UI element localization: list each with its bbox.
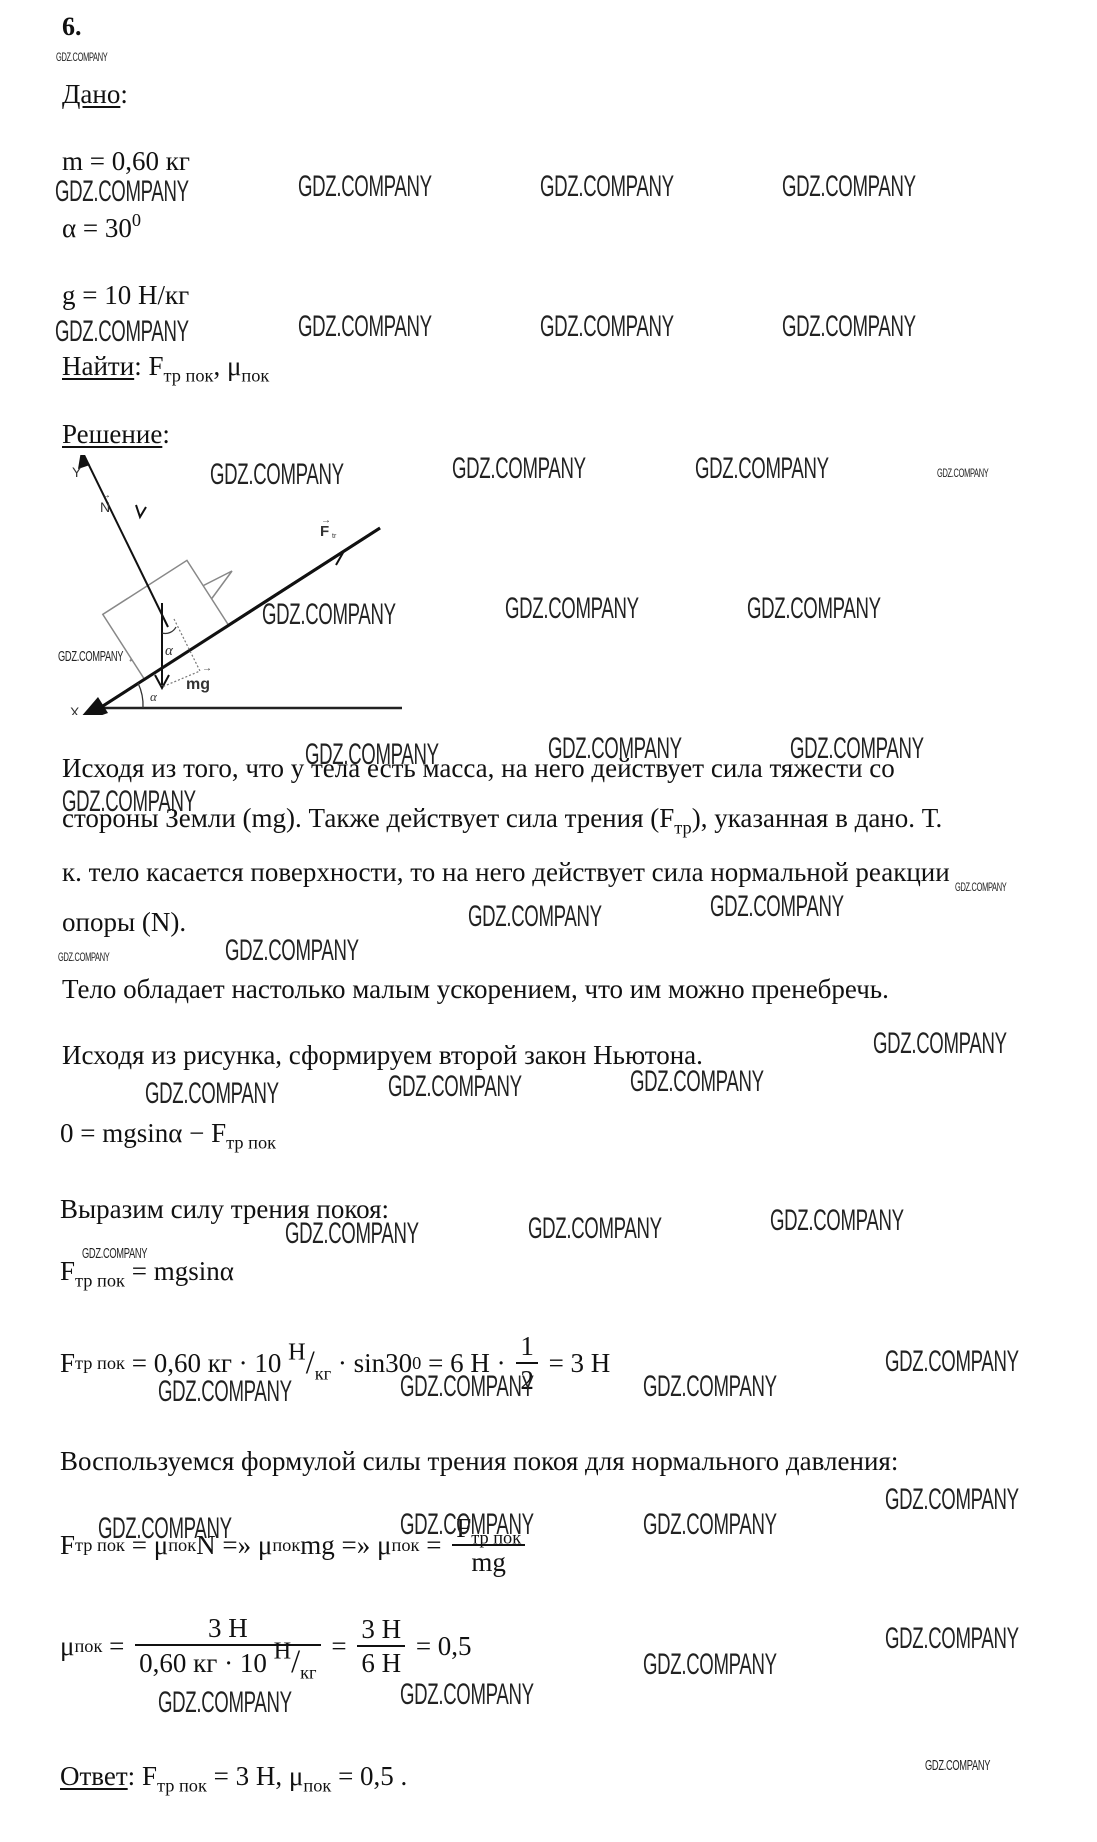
eq-mu-chain-mu2: μ xyxy=(258,1529,272,1561)
eq-mu-value-result: = 0,5 xyxy=(409,1630,471,1662)
watermark: GDZ.COMPANY xyxy=(643,1508,777,1542)
x-axis-label: X xyxy=(70,704,80,715)
watermark: GDZ.COMPANY xyxy=(388,1070,522,1104)
acceleration-note: Тело обладает настолько малым ускорением… xyxy=(62,973,889,1005)
watermark: GDZ.COMPANY xyxy=(58,648,123,665)
watermark: GDZ.COMPANY xyxy=(643,1648,777,1682)
watermark: GDZ.COMPANY xyxy=(885,1622,1019,1656)
mass-symbol: m xyxy=(62,146,83,176)
given-mass: m = 0,60 кг xyxy=(62,145,190,177)
watermark: GDZ.COMPANY xyxy=(540,170,674,204)
answer-mu: μ xyxy=(289,1761,303,1791)
eq-mu-value-frac1-num: 3 Н xyxy=(135,1612,320,1646)
find-sep: , xyxy=(213,351,227,381)
watermark: GDZ.COMPANY xyxy=(528,1212,662,1246)
given-heading: Дано: xyxy=(62,78,128,110)
eq-mu-value-frac2-den: 6 Н xyxy=(357,1647,405,1679)
watermark: GDZ.COMPANY xyxy=(468,900,602,934)
watermark: GDZ.COMPANY xyxy=(158,1686,292,1720)
eq-calc-result: = 3 Н xyxy=(542,1347,610,1379)
paragraph-line-2-sub: тр xyxy=(674,817,691,837)
friction-sub-label: tr xyxy=(332,533,337,540)
gravity-value: 10 xyxy=(104,280,131,310)
watermark: GDZ.COMPANY xyxy=(452,452,586,486)
watermark: GDZ.COMPANY xyxy=(225,934,359,968)
svg-text:→: → xyxy=(101,490,111,501)
eq-calc-frac-num: 1 xyxy=(516,1330,538,1364)
watermark: GDZ.COMPANY xyxy=(262,598,396,632)
watermark: GDZ.COMPANY xyxy=(55,175,189,209)
problem-number: 6. xyxy=(62,12,82,42)
normal-force-label: N xyxy=(100,499,110,515)
watermark: GDZ.COMPANY xyxy=(210,458,344,492)
watermark: GDZ.COMPANY xyxy=(400,1508,534,1542)
eq-calc-unit-num: Н xyxy=(288,1338,306,1365)
svg-text:→: → xyxy=(202,663,212,674)
watermark: GDZ.COMPANY xyxy=(710,890,844,924)
watermark: GDZ.COMPANY xyxy=(55,315,189,349)
answer-colon: : xyxy=(128,1761,142,1791)
eq-friction-f-sub: тр пок xyxy=(75,1270,125,1290)
inclined-plane-diagram: Y X N → F → tr mg → α α xyxy=(50,455,410,715)
watermark: GDZ.COMPANY xyxy=(298,170,432,204)
watermark: GDZ.COMPANY xyxy=(98,1512,232,1546)
gravity-eq: = xyxy=(76,280,105,310)
eq-mu-value-fraction-2: 3 Н6 Н xyxy=(357,1613,405,1679)
watermark: GDZ.COMPANY xyxy=(695,452,829,486)
paragraph-line-4: опоры (N). xyxy=(62,906,186,938)
watermark: GDZ.COMPANY xyxy=(873,1027,1007,1061)
gravity-symbol: g xyxy=(62,280,76,310)
eq-mu-value-frac2-num: 3 Н xyxy=(357,1613,405,1647)
find-heading: Найти xyxy=(62,351,134,381)
watermark: GDZ.COMPANY xyxy=(937,466,988,480)
normal-pressure-text: Воспользуемся формулой силы трения покоя… xyxy=(60,1445,898,1477)
equation-mu-value: μпок = 3 Н0,60 кг · 10 Н/кг = 3 Н6 Н = 0… xyxy=(60,1612,472,1679)
eq-mu-value-eq2: = xyxy=(325,1630,354,1662)
eq-friction-f: F xyxy=(60,1256,75,1286)
angle-base-label: α xyxy=(150,689,158,704)
paragraph-line-2-b: ), указанная в дано. Т. xyxy=(692,803,943,833)
watermark: GDZ.COMPANY xyxy=(770,1204,904,1238)
eq-mu-chain-f: F xyxy=(60,1529,75,1561)
watermark: GDZ.COMPANY xyxy=(782,310,916,344)
find-line: Найти: Fтр пок, μпок xyxy=(62,350,269,382)
eq-mu-chain-frac-den: mg xyxy=(452,1546,525,1578)
watermark: GDZ.COMPANY xyxy=(925,1757,990,1774)
eq-mu-value-eq: = xyxy=(102,1630,131,1662)
paragraph-line-3: к. тело касается поверхности, то на него… xyxy=(62,856,950,888)
eq-calc-unit-den: кг xyxy=(315,1363,331,1383)
given-heading-text: Дано xyxy=(62,79,120,109)
eq-mu-value-unit-num: Н xyxy=(274,1638,292,1665)
given-gravity: g = 10 Н/кг xyxy=(62,279,189,311)
answer-mu-value: = 0,5 . xyxy=(331,1761,407,1791)
answer-mu-sub: пок xyxy=(303,1775,331,1795)
mass-unit: кг xyxy=(166,146,190,176)
answer-heading: Ответ xyxy=(60,1761,128,1791)
eq-mu-value-frac1-den-text: 0,60 кг · 10 xyxy=(139,1648,273,1678)
watermark: GDZ.COMPANY xyxy=(145,1077,279,1111)
angle-arc-base xyxy=(138,683,143,708)
watermark: GDZ.COMPANY xyxy=(630,1065,764,1099)
answer-f: F xyxy=(142,1761,157,1791)
mass-eq: = xyxy=(83,146,112,176)
eq-mu-value-frac1-den: 0,60 кг · 10 Н/кг xyxy=(135,1646,320,1679)
watermark: GDZ.COMPANY xyxy=(305,738,439,772)
solution-heading: Решение: xyxy=(62,418,170,450)
eq-mu-value-fraction-1: 3 Н0,60 кг · 10 Н/кг xyxy=(135,1612,320,1679)
eq-mu-value-mu: μ xyxy=(60,1630,74,1662)
find-f-symbol: F xyxy=(148,351,163,381)
watermark: GDZ.COMPANY xyxy=(298,310,432,344)
eq-calc-unit: Н/кг xyxy=(288,1347,331,1380)
given-colon: : xyxy=(120,79,128,109)
y-axis-label: Y xyxy=(72,464,82,480)
eq-newton-f: F xyxy=(211,1118,226,1148)
find-f-sub: тр пок xyxy=(163,365,213,385)
angle-degree: 0 xyxy=(132,210,141,230)
watermark: GDZ.COMPANY xyxy=(885,1345,1019,1379)
gravity-unit: Н/кг xyxy=(138,280,189,310)
watermark: GDZ.COMPANY xyxy=(285,1217,419,1251)
watermark: GDZ.COMPANY xyxy=(62,785,196,819)
angle-force-label: α xyxy=(165,643,174,659)
watermark: GDZ.COMPANY xyxy=(505,592,639,626)
watermark: GDZ.COMPANY xyxy=(747,592,881,626)
given-angle: α = 300 xyxy=(62,212,141,244)
friction-arrowhead-icon xyxy=(332,551,344,565)
find-mu-sub: пок xyxy=(241,365,269,385)
mass-value: 0,60 xyxy=(112,146,159,176)
newton-law-intro: Исходя из рисунка, сформируем второй зак… xyxy=(62,1039,703,1071)
eq-newton-lhs: 0 = mgsinα − xyxy=(60,1118,211,1148)
watermark: GDZ.COMPANY xyxy=(643,1370,777,1404)
watermark: GDZ.COMPANY xyxy=(400,1678,534,1712)
watermark: GDZ.COMPANY xyxy=(885,1483,1019,1517)
eq-calc-f: F xyxy=(60,1347,75,1379)
eq-mu-chain-mu3: μ xyxy=(377,1529,391,1561)
watermark: GDZ.COMPANY xyxy=(782,170,916,204)
watermark: GDZ.COMPANY xyxy=(58,950,109,964)
answer-f-sub: тр пок xyxy=(157,1775,207,1795)
gravity-force-label: mg xyxy=(186,676,210,693)
eq-mu-value-unit-den: кг xyxy=(300,1662,316,1682)
watermark: GDZ.COMPANY xyxy=(955,880,1006,894)
watermark: GDZ.COMPANY xyxy=(400,1370,534,1404)
watermark: GDZ.COMPANY xyxy=(790,732,924,766)
watermark: GDZ.COMPANY xyxy=(540,310,674,344)
paragraph-line-1: Исходя из того, что у тела есть масса, н… xyxy=(62,752,895,784)
eq-mu-chain-part3: mg =» xyxy=(300,1529,377,1561)
svg-text:→: → xyxy=(321,515,331,526)
answer-line: Ответ: Fтр пок = 3 Н, μпок = 0,5 . xyxy=(60,1760,407,1792)
find-mu-symbol: μ xyxy=(227,351,241,381)
watermark: GDZ.COMPANY xyxy=(158,1375,292,1409)
angle-value: 30 xyxy=(105,213,132,243)
equation-newton: 0 = mgsinα − Fтр пок xyxy=(60,1117,276,1149)
watermark: GDZ.COMPANY xyxy=(548,732,682,766)
find-colon: : xyxy=(134,351,142,381)
angle-eq: = xyxy=(76,213,105,243)
watermark: GDZ.COMPANY xyxy=(82,1245,147,1262)
watermark: GDZ.COMPANY xyxy=(56,50,107,64)
eq-newton-f-sub: тр пок xyxy=(226,1132,276,1152)
solution-heading-text: Решение xyxy=(62,419,162,449)
normal-arrowhead-icon xyxy=(136,505,146,517)
angle-symbol: α xyxy=(62,213,76,243)
solution-colon: : xyxy=(162,419,170,449)
answer-f-value: = 3 Н, xyxy=(207,1761,289,1791)
